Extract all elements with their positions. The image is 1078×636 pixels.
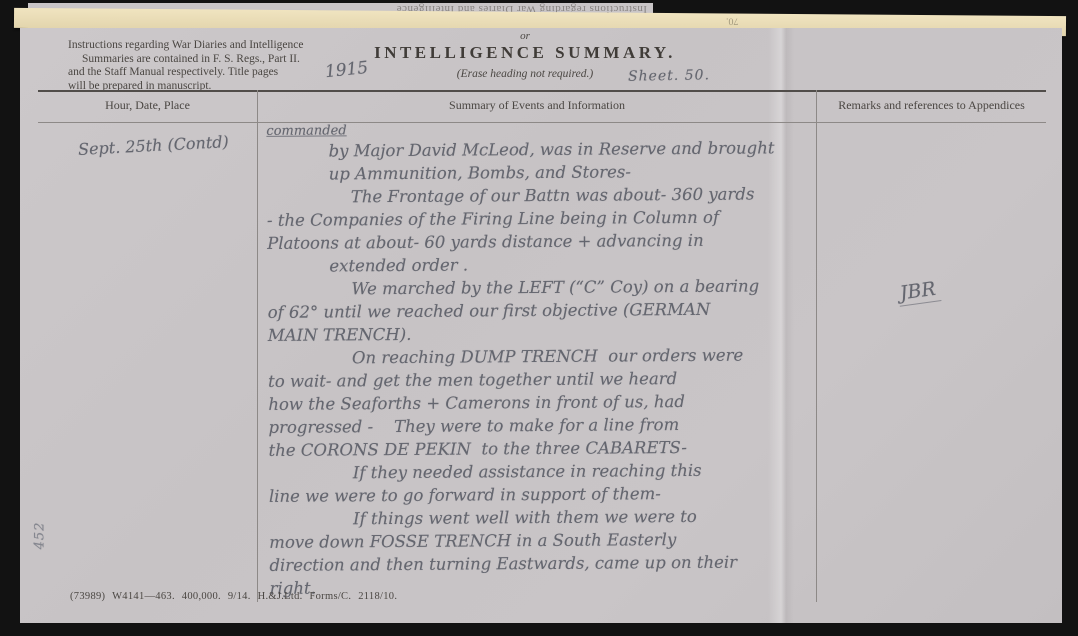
column-divider-right xyxy=(816,90,817,602)
table-top-rule xyxy=(38,90,1046,92)
handwritten-line: If they needed assistance in reaching th… xyxy=(353,458,812,484)
edge-page-number: 70. xyxy=(726,15,739,26)
handwritten-line: On reaching DUMP TRENCH our orders were xyxy=(352,343,811,369)
margin-reference-number: 452 xyxy=(32,522,47,550)
page-title: INTELLIGENCE SUMMARY. xyxy=(350,43,700,63)
handwritten-year: 1915 xyxy=(324,58,369,82)
handwritten-line: If things went well with them we were to xyxy=(353,504,812,530)
diary-page: Instructions regarding War Diaries and I… xyxy=(20,28,1062,623)
handwritten-line: by Major David McLeod, was in Reserve an… xyxy=(328,136,809,162)
handwritten-line: direction and then turning Eastwards, ca… xyxy=(269,550,812,577)
instructions-line: Instructions regarding War Diaries and I… xyxy=(68,39,330,53)
printer-imprint: (73989) W4141—463. 400,000. 9/14. H.&J.L… xyxy=(70,591,397,602)
or-label: or xyxy=(400,30,650,42)
column-header-summary: Summary of Events and Information xyxy=(258,98,816,113)
instructions-line: Summaries are contained in F. S. Regs., … xyxy=(68,53,330,67)
document-photo: Instructions regarding War Diaries and I… xyxy=(0,0,1078,636)
handwritten-line: The Frontage of our Battn was about- 360… xyxy=(351,182,810,208)
handwritten-summary-block: commandedby Major David McLeod, was in R… xyxy=(264,119,812,600)
column-header-remarks: Remarks and references to Appendices xyxy=(817,98,1046,113)
handwritten-date-entry: Sept. 25th (Contd) xyxy=(78,132,230,159)
column-header-hour-date-place: Hour, Date, Place xyxy=(38,98,257,113)
handwritten-line: up Ammunition, Bombs, and Stores- xyxy=(329,159,810,185)
handwritten-line: We marched by the LEFT (“C” Coy) on a be… xyxy=(351,274,810,300)
handwritten-initials: JBR xyxy=(897,277,942,307)
instructions-line: and the Staff Manual respectively. Title… xyxy=(68,66,330,80)
column-divider-left xyxy=(257,90,258,602)
title-subtitle: (Erase heading not required.) xyxy=(400,68,650,80)
handwritten-sheet-number: Sheet. 50. xyxy=(628,67,710,84)
handwritten-line: extended order . xyxy=(329,251,810,277)
instructions-block: Instructions regarding War Diaries and I… xyxy=(68,39,330,93)
